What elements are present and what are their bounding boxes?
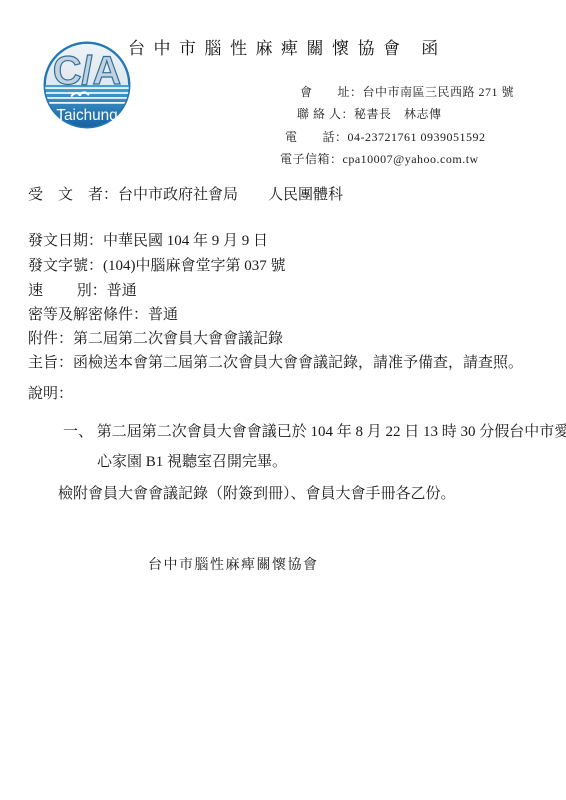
association-logo: C/A Taichung	[42, 40, 132, 130]
contact-person: 聯 絡 人：秘書長 林志傳	[280, 103, 514, 125]
signature-line: 台中市腦性麻痺關懷協會	[148, 559, 319, 573]
document-page: C/A Taichung 台中市腦性麻痺關懷協會 函 會 址：台中市南區三民西路…	[0, 0, 566, 800]
issue-date-line: 發文日期：中華民國 104 年 9 月 9 日	[28, 234, 268, 249]
contact-block: 會 址：台中市南區三民西路 271 號 聯 絡 人：秘書長 林志傳 電 話：04…	[280, 81, 514, 171]
logo-letters: C/A	[53, 49, 121, 93]
document-title: 台中市腦性麻痺關懷協會 函	[128, 34, 447, 59]
contact-phone: 電 話：04-23721761 0939051592	[280, 126, 514, 148]
security-line: 密等及解密條件：普通	[28, 308, 178, 323]
explanation-item1-line1: 一、 第二屆第二次會員大會會議已於 104 年 8 月 22 日 13 時 30…	[63, 425, 566, 440]
doc-number-line: 發文字號：(104)中腦麻會堂字第 037 號	[28, 259, 286, 274]
explanation-label: 說明：	[28, 387, 73, 402]
speed-line: 速 別：普通	[28, 284, 137, 299]
attachment-line: 附件：第二屆第二次會員大會會議記錄	[28, 332, 283, 347]
contact-address: 會 址：台中市南區三民西路 271 號	[280, 81, 514, 103]
contact-email: 電子信箱：cpa10007@yahoo.com.tw	[280, 148, 514, 170]
recipient-line: 受 文 者：台中市政府社會局 人民團體科	[28, 188, 343, 203]
note-line: 檢附會員大會會議記錄（附簽到冊）、會員大會手冊各乙份。	[58, 487, 456, 502]
explanation-item1-line2: 心家園 B1 視聽室召開完畢。	[97, 455, 287, 470]
logo-graphic: C/A Taichung	[42, 40, 132, 130]
subject-line: 主旨：函檢送本會第二屆第二次會員大會會議記錄，請准予備查，請查照。	[28, 356, 523, 371]
logo-city-label: Taichung	[56, 107, 117, 124]
